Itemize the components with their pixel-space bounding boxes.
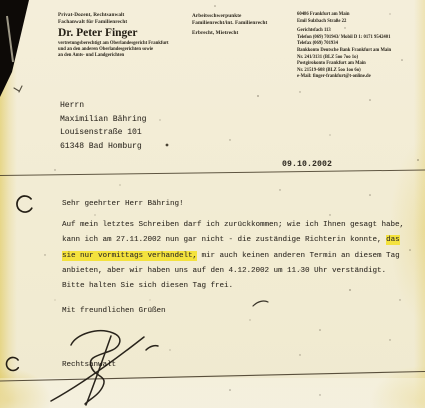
recipient-name: Maximilian Bähring	[60, 113, 146, 127]
body-line-4: anbieten, aber wir haben uns auf den 4.1…	[62, 264, 404, 279]
letter-date: 09.10.2002	[282, 160, 332, 169]
postgiro-number-line: Nr. 21519-608 (BLZ 5oo 1oo 6o)	[297, 68, 423, 75]
recipient-street: Louisenstraße 101	[60, 126, 146, 140]
body-line-1: Auf mein letztes Schreiben darf ich zurü…	[62, 218, 404, 233]
email-line: e-Mail: finger-frankfurt@t-online.de	[297, 74, 423, 81]
bank-account-line: Bankkonto Deutsche Bank Frankfurt am Mai…	[297, 48, 423, 55]
letterhead-right-column: 60486 Frankfurt am Main Emil Sulzbach St…	[297, 12, 423, 81]
office-contact-block: Gerichtsfach 113 Telefon (069) 701943/ M…	[297, 28, 423, 81]
office-address-street: Emil Sulzbach Straße 22	[297, 19, 423, 26]
body-line-2: kann ich am 27.11.2002 nun gar nicht - d…	[62, 233, 404, 248]
attorney-title-line2: Fachanwalt für Familienrecht	[58, 19, 193, 26]
highlighted-text-continued: sie nur vormittags verhandelt,	[62, 252, 197, 260]
practice-areas-line1: Familienrecht/int. Familienrecht	[192, 20, 292, 27]
postgiro-line: Postgirokonto Frankfurt am Main	[297, 61, 423, 68]
office-address: 60486 Frankfurt am Main Emil Sulzbach St…	[297, 12, 423, 25]
recipient-address-block: Herrn Maximilian Bähring Louisenstraße 1…	[60, 99, 146, 153]
attorney-title-line1: Privat-Dozent, Rechtsanwalt	[58, 12, 193, 19]
signature-title: Rechtsanwalt	[62, 361, 116, 369]
letterhead-left-column: Privat-Dozent, Rechtsanwalt Fachanwalt f…	[58, 12, 193, 59]
body-line-3: sie nur vormittags verhandelt, mir auch …	[62, 249, 404, 264]
body-paragraph: Auf mein letztes Schreiben darf ich zurü…	[62, 218, 404, 279]
recipient-salutation: Herrn	[60, 99, 146, 113]
letterhead-middle-column: Arbeitsschwerpunkte Familienrecht/int. F…	[192, 13, 292, 38]
body-line-1-text: Auf mein letztes Schreiben darf ich zurü…	[62, 221, 404, 229]
body-line-3-text: mir auch keinen anderen Termin an diesem…	[197, 252, 400, 260]
body-line-2-text: kann ich am 27.11.2002 nun gar nicht - d…	[62, 236, 386, 244]
paper-bottom-strip	[0, 378, 425, 408]
request-line: Bitte halten Sie sich diesen Tag frei.	[62, 282, 233, 290]
body-line-4-text: anbieten, aber wir haben uns auf den 4.1…	[62, 267, 386, 275]
telefax-line: Telefax (069) 701934	[297, 41, 423, 48]
recipient-city: 61348 Bad Homburg	[60, 140, 146, 154]
attorney-name: Dr. Peter Finger	[58, 27, 193, 40]
highlighted-text-start: das	[386, 236, 400, 244]
bank-number-line: Nr. 241/3131 (BLZ 5oo 7oo 1o)	[297, 55, 423, 62]
practice-areas-header: Arbeitsschwerpunkte	[192, 13, 292, 20]
telephone-line: Telefon (069) 701943/ Mobil D 1: 0171 95…	[297, 35, 423, 42]
closing-line: Mit freundlichen Grüßen	[62, 307, 166, 315]
office-address-city: 60486 Frankfurt am Main	[297, 12, 423, 19]
scanned-letter-page: Privat-Dozent, Rechtsanwalt Fachanwalt f…	[0, 0, 425, 408]
greeting-line: Sehr geehrter Herr Bähring!	[62, 200, 184, 208]
court-box-line: Gerichtsfach 113	[297, 28, 423, 35]
practice-areas-line2: Erbrecht, Mietrecht	[192, 30, 292, 37]
attorney-admission-line3: an den Amts- und Landgerichten	[58, 53, 193, 59]
